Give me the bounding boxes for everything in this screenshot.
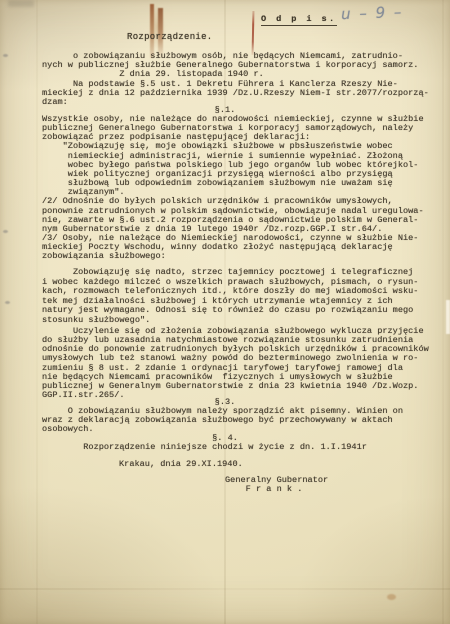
bottom-rust-dot — [387, 594, 396, 600]
refusal-clause-paragraph: Uczylenie się od złożenia zobowiązania s… — [42, 327, 429, 400]
corner-smudge — [8, 0, 34, 7]
right-edge-crease — [442, 0, 444, 624]
preamble-paragraph: o zobowiązaniu służbowym osób, nie będąc… — [42, 52, 429, 107]
dateline: Krakau, dnia 29.XI.1940. — [119, 460, 243, 469]
handwritten-archive-number: u – 9 – — [341, 3, 404, 23]
signature-block: Generalny Gubernator F r a n k . — [225, 476, 328, 495]
section-1-paragraph: Wszystkie osoby, nie należące do narodow… — [42, 115, 424, 262]
red-ink-line — [252, 11, 255, 55]
postal-declaration-paragraph: Zobowiązuję się nadto, strzec tajemnicy … — [42, 268, 418, 325]
section-3-paragraph: O zobowiązaniu służbowym należy sporządz… — [42, 407, 403, 435]
copy-label: O d p i s. — [261, 15, 337, 26]
margin-pencil-mark — [3, 54, 8, 57]
section-4-paragraph: Rozporządzenie niniejsze chodzi w życie … — [42, 443, 367, 452]
margin-pencil-mark — [5, 301, 10, 304]
document-title: Rozporządzenie. — [127, 33, 213, 42]
torn-edge-sliver — [446, 300, 450, 334]
fold-crease-horizontal — [0, 588, 450, 590]
margin-pencil-mark — [3, 230, 8, 233]
left-margin-crease — [36, 0, 38, 624]
scanned-document: O d p i s. u – 9 – Rozporządzenie. o zob… — [0, 0, 450, 624]
